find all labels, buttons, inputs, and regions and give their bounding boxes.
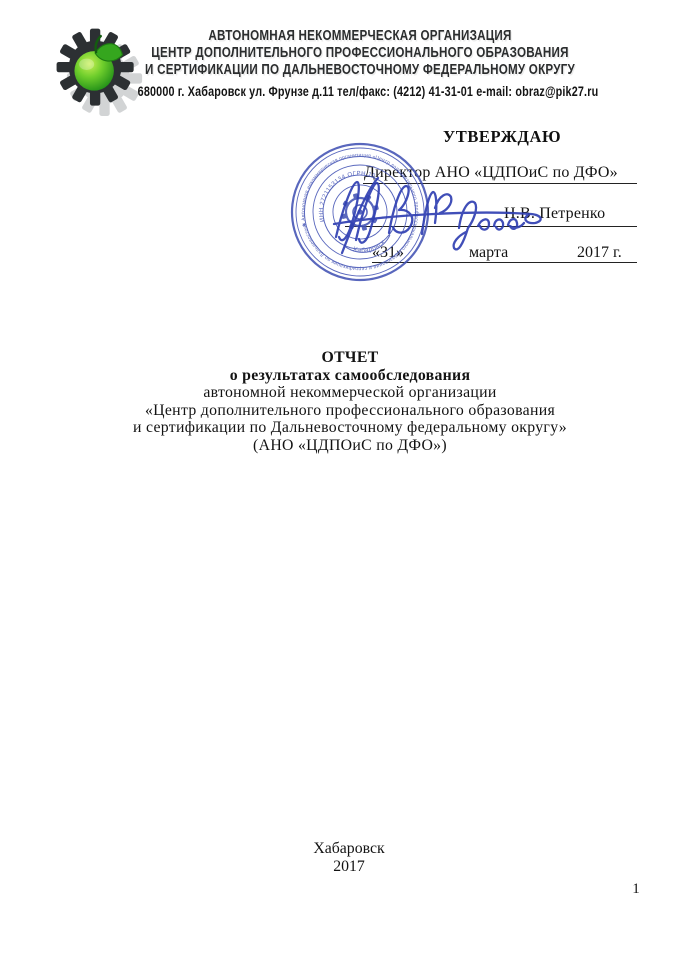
org-name-line-2: ЦЕНТР ДОПОЛНИТЕЛЬНОГО ПРОФЕССИОНАЛЬНОГО … xyxy=(112,45,608,62)
org-letterhead: АВТОНОМНАЯ НЕКОММЕРЧЕСКАЯ ОРГАНИЗАЦИЯ ЦЕ… xyxy=(112,28,608,99)
signature-scribble xyxy=(326,175,560,255)
report-subtitle: о результатах самообследования xyxy=(21,367,678,385)
org-address-line: 680000 г. Хабаровск ул. Фрунзе д.11 тел/… xyxy=(120,84,616,99)
approval-date-year: 2017 г. xyxy=(577,244,622,262)
page-number: 1 xyxy=(626,881,646,898)
report-org-type: автономной некоммерческой организации xyxy=(21,384,678,402)
org-name-line-3: И СЕРТИФИКАЦИИ ПО ДАЛЬНЕВОСТОЧНОМУ ФЕДЕР… xyxy=(112,62,608,79)
imprint-block: Хабаровск 2017 xyxy=(20,840,678,875)
report-org-abbreviation: (АНО «ЦДПОиС по ДФО») xyxy=(21,437,678,455)
report-title: ОТЧЕТ xyxy=(21,349,678,367)
org-name-line-1: АВТОНОМНАЯ НЕКОММЕРЧЕСКАЯ ОРГАНИЗАЦИЯ xyxy=(112,28,608,45)
approval-heading: УТВЕРЖДАЮ xyxy=(443,127,561,147)
report-org-name-line-2: и сертификации по Дальневосточному федер… xyxy=(21,419,678,437)
imprint-year: 2017 xyxy=(20,858,678,876)
document-page: АВТОНОМНАЯ НЕКОММЕРЧЕСКАЯ ОРГАНИЗАЦИЯ ЦЕ… xyxy=(0,0,678,960)
report-title-block: ОТЧЕТ о результатах самообследования авт… xyxy=(21,349,678,455)
report-org-name-line-1: «Центр дополнительного профессионального… xyxy=(21,402,678,420)
imprint-city: Хабаровск xyxy=(20,840,678,858)
